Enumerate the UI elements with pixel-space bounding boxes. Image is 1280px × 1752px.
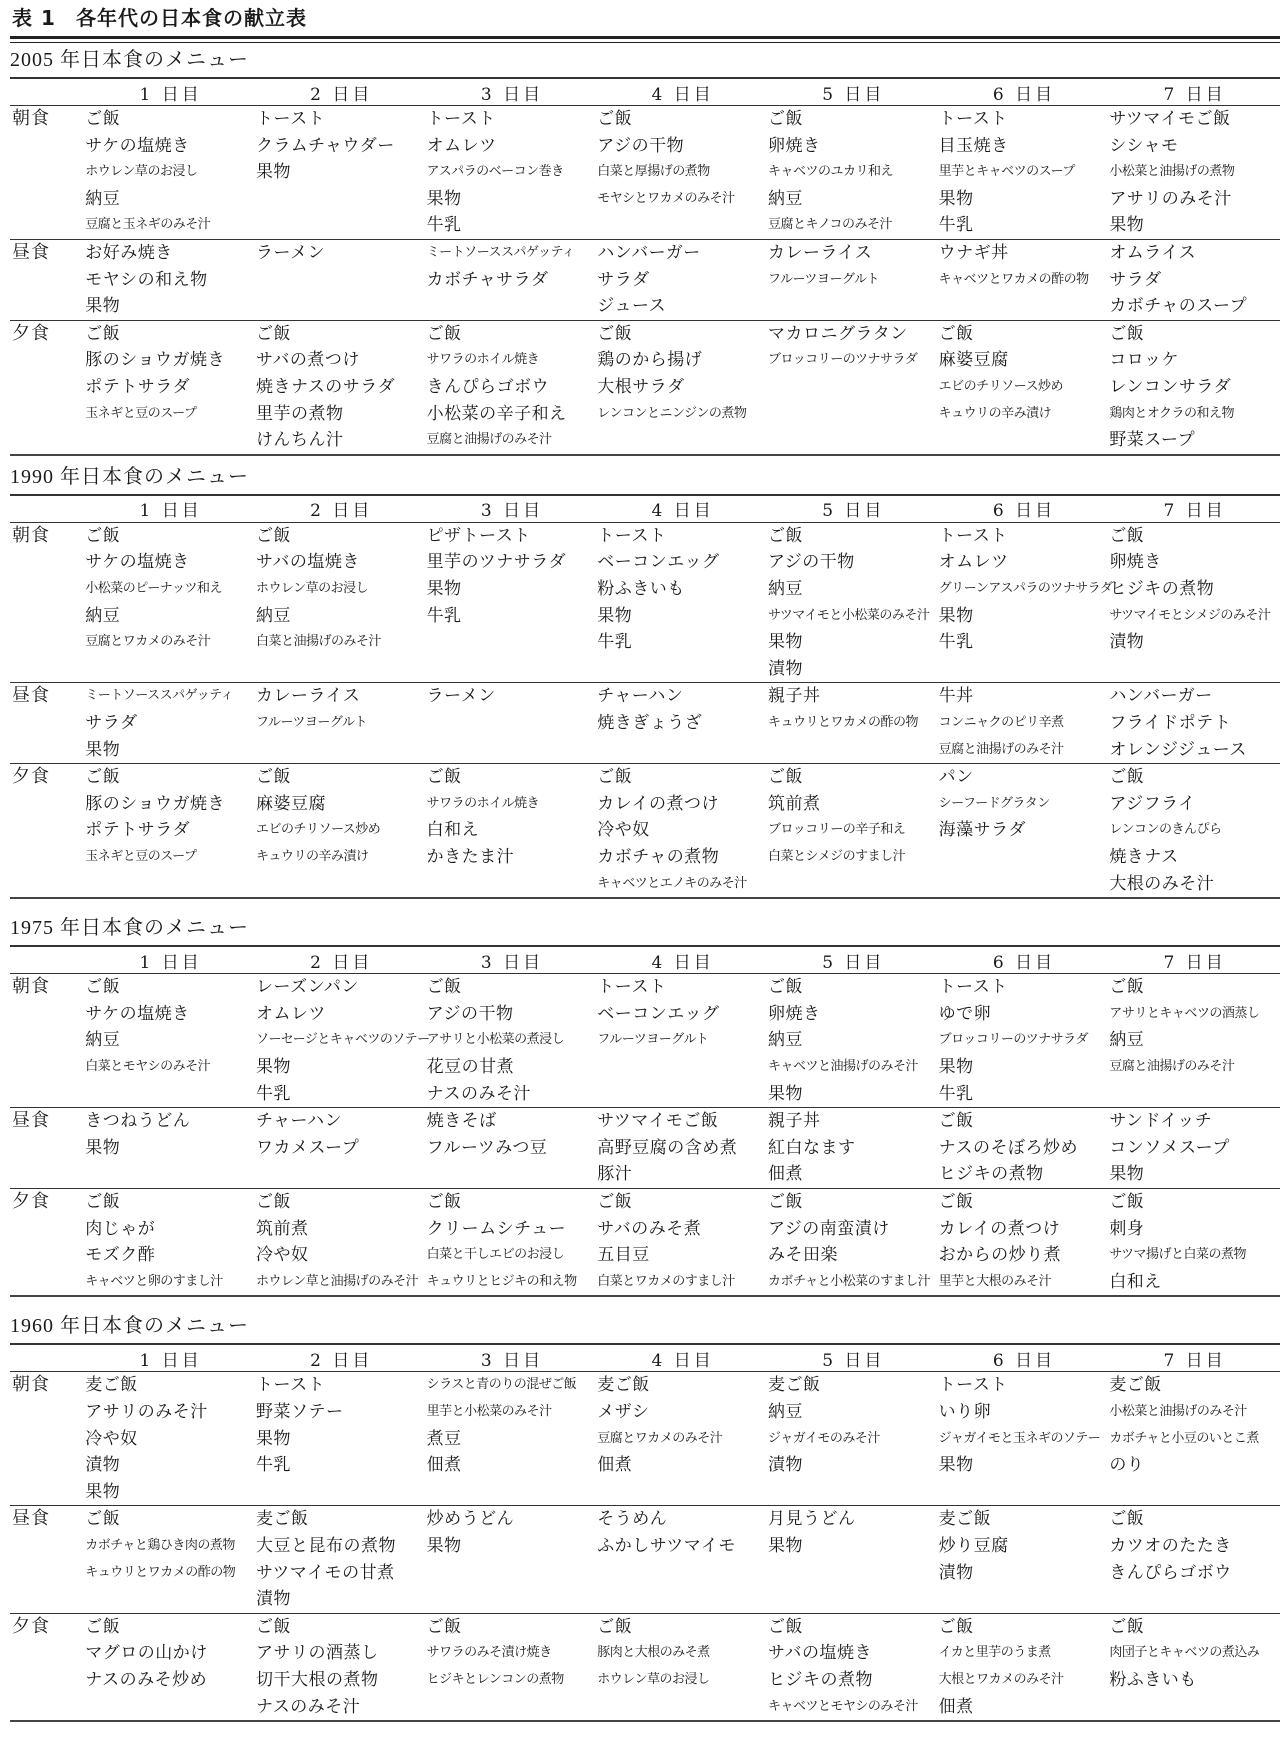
dish-list: ご飯アジの南蛮漬けみそ田楽カボチャと小松菜のすまし汁	[768, 1189, 939, 1295]
section-spacer	[10, 1297, 1280, 1309]
dish-item: ご飯	[256, 1189, 427, 1216]
dish-item: ナスのみそ炒め	[85, 1667, 256, 1694]
dish-item: 卵焼き	[768, 133, 939, 160]
menu-cell: 月見うどん果物	[768, 1506, 939, 1613]
dish-item: ご飯	[85, 523, 256, 550]
day-header-4: 4 日目	[597, 495, 768, 523]
dish-item: ヒジキの煮物	[1109, 576, 1280, 603]
dish-list: ご飯サバの煮つけ焼きナスのサラダ里芋の煮物けんちん汁	[256, 321, 427, 454]
dish-item: 煮豆	[427, 1426, 598, 1453]
menu-cell: ご飯サバの煮つけ焼きナスのサラダ里芋の煮物けんちん汁	[256, 320, 427, 455]
section-title: 1990 年日本食のメニュー	[10, 460, 1280, 494]
dish-item: サバのみそ煮	[597, 1216, 768, 1243]
dish-item: かきたま汁	[427, 844, 598, 871]
dish-item: ポテトサラダ	[85, 374, 256, 401]
dish-item: サンドイッチ	[1109, 1108, 1280, 1135]
dish-item: ご飯	[427, 321, 598, 348]
menu-cell: ご飯筑前煮ブロッコリーの辛子和え白菜とシメジのすまし汁	[768, 764, 939, 899]
dish-item: サラダ	[85, 710, 256, 737]
day-header-2: 2 日目	[256, 78, 427, 106]
dish-item: 冷や奴	[85, 1426, 256, 1453]
meal-row: 昼食ミートソーススパゲッティサラダ果物カレーライスフルーツヨーグルトラーメンチャ…	[10, 683, 1280, 764]
dish-item: ご飯	[939, 1189, 1110, 1216]
dish-item: 鶏のから揚げ	[597, 347, 768, 374]
menu-cell: ご飯アサリの酒蒸し切干大根の煮物ナスのみそ汁	[256, 1613, 427, 1721]
dish-list: ご飯サバの塩焼きホウレン草のお浸し納豆白菜と油揚げのみそ汁	[256, 523, 427, 656]
dish-item: サワラのホイル焼き	[427, 791, 598, 818]
dish-list: ご飯アジの干物白菜と厚揚げの煮物モヤシとワカメのみそ汁	[597, 106, 768, 212]
dish-item: モヤシの和え物	[85, 267, 256, 294]
menu-cell: ご飯イカと里芋のうま煮大根とワカメのみそ汁佃煮	[939, 1613, 1110, 1721]
dish-item: 漬物	[939, 1560, 1110, 1587]
meal-label: 昼食	[10, 1506, 85, 1613]
menu-cell: サツマイモご飯高野豆腐の含め煮豚汁	[597, 1108, 768, 1189]
menu-cell: ご飯肉団子とキャベツの煮込み粉ふきいも	[1109, 1613, 1280, 1721]
dish-item: ご飯	[597, 1614, 768, 1641]
dish-item: 果物	[85, 1479, 256, 1506]
dish-item: 牛乳	[939, 212, 1110, 239]
dish-item: 牛丼	[939, 683, 1110, 710]
menu-cell: 炒めうどん果物	[427, 1506, 598, 1613]
menu-cell: ご飯卵焼きキャベツのユカリ和え納豆豆腐とキノコのみそ汁	[768, 106, 939, 240]
dish-item: オムレツ	[256, 1001, 427, 1028]
dish-item: カレーライス	[256, 683, 427, 710]
dish-item: アジの干物	[597, 133, 768, 160]
day-header-3: 3 日目	[427, 946, 598, 974]
dish-item: 高野豆腐の含め煮	[597, 1135, 768, 1162]
dish-item: おからの炒り煮	[939, 1242, 1110, 1269]
menu-cell: ご飯マグロの山かけナスのみそ炒め	[85, 1613, 256, 1721]
menu-table-1960: 1 日目2 日目3 日目4 日目5 日目6 日目7 日目朝食麦ご飯アサリのみそ汁…	[10, 1343, 1280, 1722]
day-header-5: 5 日目	[768, 495, 939, 523]
menu-cell: ご飯麻婆豆腐エビのチリソース炒めキュウリの辛み漬け	[939, 320, 1110, 455]
section-2005: 2005 年日本食のメニュー1 日目2 日目3 日目4 日目5 日目6 日目7 …	[10, 43, 1280, 456]
dish-item: 果物	[939, 1054, 1110, 1081]
header-row: 1 日目2 日目3 日目4 日目5 日目6 日目7 日目	[10, 78, 1280, 106]
dish-item: 果物	[939, 603, 1110, 630]
menu-cell: ミートソーススパゲッティカボチャサラダ	[427, 240, 598, 321]
dish-item: そうめん	[597, 1506, 768, 1533]
section-title: 1960 年日本食のメニュー	[10, 1309, 1280, 1343]
menu-cell: ご飯サバのみそ煮五目豆白菜とワカメのすまし汁	[597, 1188, 768, 1296]
menu-cell: ご飯カボチャと鶏ひき肉の煮物キュウリとワカメの酢の物	[85, 1506, 256, 1613]
meal-label: 朝食	[10, 106, 85, 240]
dish-item: コンソメスープ	[1109, 1135, 1280, 1162]
dish-item: 海藻サラダ	[939, 817, 1110, 844]
dish-item: ご飯	[427, 974, 598, 1001]
dish-item: キャベツとエノキのみそ汁	[597, 871, 768, 898]
dish-item: ご飯	[768, 106, 939, 133]
menu-cell: 牛丼コンニャクのピリ辛煮豆腐と油揚げのみそ汁	[939, 683, 1110, 764]
section-title: 2005 年日本食のメニュー	[10, 43, 1280, 77]
dish-item: カボチャと小豆のいとこ煮	[1109, 1426, 1280, 1453]
menu-cell: ハンバーガーフライドポテトオレンジジュース	[1109, 683, 1280, 764]
menu-cell: ご飯サケの塩焼き小松菜のピーナッツ和え納豆豆腐とワカメのみそ汁	[85, 522, 256, 683]
dish-item: 炒めうどん	[427, 1506, 598, 1533]
day-header-5: 5 日目	[768, 1344, 939, 1372]
menu-cell: ご飯カレイの煮つけおからの炒り煮里芋と大根のみそ汁	[939, 1188, 1110, 1296]
dish-item: サバの塩焼き	[768, 1640, 939, 1667]
dish-item: トースト	[597, 974, 768, 1001]
dish-item: アジの干物	[768, 549, 939, 576]
menu-cell: トースト目玉焼き里芋とキャベツのスープ果物牛乳	[939, 106, 1110, 240]
day-header-6: 6 日目	[939, 495, 1110, 523]
menu-cell: 親子丼キュウリとワカメの酢の物	[768, 683, 939, 764]
dish-list: ご飯卵焼き納豆キャベツと油揚げのみそ汁果物	[768, 974, 939, 1107]
meal-row: 昼食お好み焼きモヤシの和え物果物ラーメンミートソーススパゲッティカボチャサラダハ…	[10, 240, 1280, 321]
dish-item: 五目豆	[597, 1242, 768, 1269]
dish-item: ヒジキとレンコンの煮物	[427, 1667, 598, 1694]
day-header-3: 3 日目	[427, 78, 598, 106]
day-header-2: 2 日目	[256, 495, 427, 523]
dish-list: サンドイッチコンソメスープ果物	[1109, 1108, 1280, 1188]
dish-list: ご飯刺身サツマ揚げと白菜の煮物白和え	[1109, 1189, 1280, 1295]
dish-item: ご飯	[1109, 1506, 1280, 1533]
dish-list: 月見うどん果物	[768, 1506, 939, 1559]
menu-cell: シラスと青のりの混ぜご飯里芋と小松菜のみそ汁煮豆佃煮	[427, 1372, 598, 1506]
dish-item: クラムチャウダー	[256, 133, 427, 160]
dish-item: 豆腐と油揚げのみそ汁	[1109, 1054, 1280, 1081]
dish-item: アサリのみそ汁	[85, 1399, 256, 1426]
menu-cell: トーストオムレツグリーンアスパラのツナサラダ果物牛乳	[939, 522, 1110, 683]
dish-item: ミートソーススパゲッティ	[427, 240, 598, 267]
dish-item: 焼きぎょうざ	[597, 710, 768, 737]
dish-item: ポテトサラダ	[85, 817, 256, 844]
dish-item: 焼きそば	[427, 1108, 598, 1135]
dish-item: ヒジキの煮物	[768, 1667, 939, 1694]
dish-list: ご飯サワラのホイル焼き白和えかきたま汁	[427, 764, 598, 870]
dish-item: 白菜と油揚げのみそ汁	[256, 629, 427, 656]
dish-item: ご飯	[1109, 764, 1280, 791]
dish-item: 麦ご飯	[85, 1372, 256, 1399]
dish-item: 果物	[1109, 1161, 1280, 1188]
dish-list: ご飯豚のショウガ焼きポテトサラダ玉ネギと豆のスープ	[85, 764, 256, 870]
meal-label: 夕食	[10, 1188, 85, 1296]
dish-list: ハンバーガーサラダジュース	[597, 240, 768, 320]
menu-cell: ご飯アジフライレンコンのきんぴら焼きナス大根のみそ汁	[1109, 764, 1280, 899]
dish-item: ナスのみそ汁	[256, 1694, 427, 1721]
dish-item: ご飯	[85, 106, 256, 133]
dish-item: ゆで卵	[939, 1001, 1110, 1028]
header-corner	[10, 1344, 85, 1372]
double-rule-divider	[10, 36, 1280, 43]
dish-item: ブロッコリーのツナサラダ	[939, 1027, 1110, 1054]
dish-list: ご飯コロッケレンコンサラダ鶏肉とオクラの和え物野菜スープ	[1109, 321, 1280, 454]
dish-item: マカロニグラタン	[768, 321, 939, 348]
dish-item: イカと里芋のうま煮	[939, 1640, 1110, 1667]
dish-item: 野菜スープ	[1109, 427, 1280, 454]
dish-item: ミートソーススパゲッティ	[85, 683, 256, 710]
dish-item: 粉ふきいも	[1109, 1667, 1280, 1694]
table-number: 表 1	[12, 0, 76, 36]
dish-item: クリームシチュー	[427, 1216, 598, 1243]
dish-item: フルーツみつ豆	[427, 1135, 598, 1162]
dish-list: サツマイモご飯シシャモ小松菜と油揚げの煮物アサリのみそ汁果物	[1109, 106, 1280, 239]
dish-item: 卵焼き	[1109, 549, 1280, 576]
dish-item: フルーツヨーグルト	[597, 1027, 768, 1054]
menu-cell: ご飯カツオのたたききんぴらゴボウ	[1109, 1506, 1280, 1613]
dish-list: チャーハン焼きぎょうざ	[597, 683, 768, 736]
dish-item: キュウリとワカメの酢の物	[768, 710, 939, 737]
dish-list: トーストクラムチャウダー果物	[256, 106, 427, 186]
dish-item: サツマイモと小松菜のみそ汁	[768, 603, 939, 630]
dish-item: キュウリの辛み漬け	[939, 401, 1110, 428]
menu-cell: そうめんふかしサツマイモ	[597, 1506, 768, 1613]
dish-item: パン	[939, 764, 1110, 791]
dish-item: 里芋とキャベツのスープ	[939, 159, 1110, 186]
dish-item: ご飯	[85, 1189, 256, 1216]
header-row: 1 日目2 日目3 日目4 日目5 日目6 日目7 日目	[10, 946, 1280, 974]
dish-list: ミートソーススパゲッティサラダ果物	[85, 683, 256, 763]
dish-item: サバの塩焼き	[256, 549, 427, 576]
dish-list: 麦ご飯小松菜と油揚げのみそ汁カボチャと小豆のいとこ煮のり	[1109, 1372, 1280, 1478]
menu-cell: ご飯サケの塩焼きホウレン草のお浸し納豆豆腐と玉ネギのみそ汁	[85, 106, 256, 240]
dish-item: 粉ふきいも	[597, 576, 768, 603]
menu-cell: お好み焼きモヤシの和え物果物	[85, 240, 256, 321]
dish-item: 果物	[768, 629, 939, 656]
menu-cell: ご飯豚肉と大根のみそ煮ホウレン草のお浸し	[597, 1613, 768, 1721]
day-header-1: 1 日目	[85, 495, 256, 523]
dish-list: チャーハンワカメスープ	[256, 1108, 427, 1161]
meal-label: 朝食	[10, 522, 85, 683]
dish-item: 果物	[85, 737, 256, 764]
dish-item: ピザトースト	[427, 523, 598, 550]
menu-cell: ミートソーススパゲッティサラダ果物	[85, 683, 256, 764]
meal-row: 朝食ご飯サケの塩焼きホウレン草のお浸し納豆豆腐と玉ネギのみそ汁トーストクラムチャ…	[10, 106, 1280, 240]
menu-cell: ご飯サバの塩焼きヒジキの煮物キャベツとモヤシのみそ汁	[768, 1613, 939, 1721]
dish-item: カツオのたたき	[1109, 1533, 1280, 1560]
dish-item: 花豆の甘煮	[427, 1054, 598, 1081]
dish-list: ご飯サケの塩焼き小松菜のピーナッツ和え納豆豆腐とワカメのみそ汁	[85, 523, 256, 656]
dish-item: ホウレン草のお浸し	[85, 159, 256, 186]
table-title: 各年代の日本食の献立表	[76, 6, 307, 30]
dish-item: サツマ揚げと白菜の煮物	[1109, 1242, 1280, 1269]
dish-list: トースト目玉焼き里芋とキャベツのスープ果物牛乳	[939, 106, 1110, 239]
dish-item: ご飯	[256, 764, 427, 791]
menu-cell: ご飯コロッケレンコンサラダ鶏肉とオクラの和え物野菜スープ	[1109, 320, 1280, 455]
menu-table-1990: 1 日目2 日目3 日目4 日目5 日目6 日目7 日目朝食ご飯サケの塩焼き小松…	[10, 494, 1280, 899]
dish-item: レンコンサラダ	[1109, 374, 1280, 401]
dish-item: 果物	[768, 1081, 939, 1108]
dish-item: 麻婆豆腐	[939, 347, 1110, 374]
dish-item: ジャガイモのみそ汁	[768, 1426, 939, 1453]
dish-item: ご飯	[85, 1506, 256, 1533]
dish-item: 白和え	[427, 817, 598, 844]
dish-item: アジフライ	[1109, 791, 1280, 818]
dish-item: きつねうどん	[85, 1108, 256, 1135]
day-header-6: 6 日目	[939, 1344, 1110, 1372]
dish-list: 麦ご飯メザシ豆腐とワカメのみそ汁佃煮	[597, 1372, 768, 1478]
dish-item: ご飯	[1109, 321, 1280, 348]
menu-cell: ご飯サワラのみそ漬け焼きヒジキとレンコンの煮物	[427, 1613, 598, 1721]
dish-item: 鶏肉とオクラの和え物	[1109, 401, 1280, 428]
dish-item: 筑前煮	[768, 791, 939, 818]
dish-list: ラーメン	[256, 240, 427, 267]
dish-list: トーストいり卵ジャガイモと玉ネギのソテー果物	[939, 1372, 1110, 1478]
dish-item: ご飯	[1109, 1189, 1280, 1216]
dish-item: 大根サラダ	[597, 374, 768, 401]
dish-item: 果物	[256, 159, 427, 186]
dish-item: アサリの酒蒸し	[256, 1640, 427, 1667]
meal-label: 夕食	[10, 1613, 85, 1721]
dish-list: ご飯アサリの酒蒸し切干大根の煮物ナスのみそ汁	[256, 1614, 427, 1720]
menu-cell: マカロニグラタンブロッコリーのツナサラダ	[768, 320, 939, 455]
dish-item: きんぴらゴボウ	[1109, 1560, 1280, 1587]
dish-item: 切干大根の煮物	[256, 1667, 427, 1694]
dish-item: 果物	[427, 186, 598, 213]
dish-item: オムレツ	[427, 133, 598, 160]
dish-list: ご飯イカと里芋のうま煮大根とワカメのみそ汁佃煮	[939, 1614, 1110, 1720]
menu-cell: 麦ご飯炒り豆腐漬物	[939, 1506, 1110, 1613]
dish-item: 白菜とワカメのすまし汁	[597, 1269, 768, 1296]
menu-cell: チャーハン焼きぎょうざ	[597, 683, 768, 764]
menu-cell: ご飯鶏のから揚げ大根サラダレンコンとニンジンの煮物	[597, 320, 768, 455]
dish-list: ご飯麻婆豆腐エビのチリソース炒めキュウリの辛み漬け	[939, 321, 1110, 427]
menu-cell: カレーライスフルーツヨーグルト	[768, 240, 939, 321]
dish-item: コロッケ	[1109, 347, 1280, 374]
dish-item: 刺身	[1109, 1216, 1280, 1243]
dish-item: ウナギ丼	[939, 240, 1110, 267]
dish-item: 麦ご飯	[597, 1372, 768, 1399]
dish-list: マカロニグラタンブロッコリーのツナサラダ	[768, 321, 939, 374]
dish-item: カレイの煮つけ	[939, 1216, 1110, 1243]
dish-item: カレーライス	[768, 240, 939, 267]
dish-item: 豆腐と油揚げのみそ汁	[427, 427, 598, 454]
dish-item: サバの煮つけ	[256, 347, 427, 374]
dish-item: ラーメン	[256, 240, 427, 267]
dish-list: ご飯アジの干物納豆サツマイモと小松菜のみそ汁果物漬物	[768, 523, 939, 683]
header-corner	[10, 946, 85, 974]
dish-item: 麦ご飯	[1109, 1372, 1280, 1399]
menu-cell: トーストゆで卵ブロッコリーのツナサラダ果物牛乳	[939, 974, 1110, 1108]
section-1990: 1990 年日本食のメニュー1 日目2 日目3 日目4 日目5 日目6 日目7 …	[10, 456, 1280, 899]
menu-cell: ご飯肉じゃがモズク酢キャベツと卵のすまし汁	[85, 1188, 256, 1296]
dish-item: 佃煮	[768, 1161, 939, 1188]
day-header-7: 7 日目	[1109, 1344, 1280, 1372]
dish-item: モズク酢	[85, 1242, 256, 1269]
menu-cell: 麦ご飯メザシ豆腐とワカメのみそ汁佃煮	[597, 1372, 768, 1506]
dish-item: サケの塩焼き	[85, 1001, 256, 1028]
dish-item: ベーコンエッグ	[597, 549, 768, 576]
dish-item: 玉ネギと豆のスープ	[85, 844, 256, 871]
dish-item: 筑前煮	[256, 1216, 427, 1243]
dish-list: サツマイモご飯高野豆腐の含め煮豚汁	[597, 1108, 768, 1188]
dish-item: 果物	[939, 1452, 1110, 1479]
dish-list: ご飯麻婆豆腐エビのチリソース炒めキュウリの辛み漬け	[256, 764, 427, 870]
dish-item: 牛乳	[939, 629, 1110, 656]
dish-item: フライドポテト	[1109, 710, 1280, 737]
dish-item: レンコンのきんぴら	[1109, 817, 1280, 844]
menu-cell: ご飯筑前煮冷や奴ホウレン草と油揚げのみそ汁	[256, 1188, 427, 1296]
dish-list: トーストオムレツアスパラのベーコン巻き果物牛乳	[427, 106, 598, 239]
day-header-4: 4 日目	[597, 1344, 768, 1372]
menu-cell: ご飯クリームシチュー白菜と干しエビのお浸しキュウリとヒジキの和え物	[427, 1188, 598, 1296]
dish-item: ふかしサツマイモ	[597, 1533, 768, 1560]
dish-item: ご飯	[1109, 1614, 1280, 1641]
sections-container: 2005 年日本食のメニュー1 日目2 日目3 日目4 日目5 日目6 日目7 …	[10, 43, 1280, 1722]
menu-cell: ウナギ丼キャベツとワカメの酢の物	[939, 240, 1110, 321]
menu-cell: ご飯ナスのそぼろ炒めヒジキの煮物	[939, 1108, 1110, 1189]
dish-item: 牛乳	[939, 1081, 1110, 1108]
menu-cell: ご飯サバの塩焼きホウレン草のお浸し納豆白菜と油揚げのみそ汁	[256, 522, 427, 683]
dish-list: ご飯サワラのみそ漬け焼きヒジキとレンコンの煮物	[427, 1614, 598, 1694]
dish-list: 麦ご飯アサリのみそ汁冷や奴漬物果物	[85, 1372, 256, 1505]
dish-item: ベーコンエッグ	[597, 1001, 768, 1028]
dish-item: ナスのみそ汁	[427, 1081, 598, 1108]
menu-cell: オムライスサラダカボチャのスープ	[1109, 240, 1280, 321]
dish-item: ジュース	[597, 293, 768, 320]
dish-item: 佃煮	[597, 1452, 768, 1479]
dish-item: 小松菜と油揚げの煮物	[1109, 159, 1280, 186]
menu-cell: パンシーフードグラタン海藻サラダ	[939, 764, 1110, 899]
dish-item: ご飯	[597, 1189, 768, 1216]
dish-item: 小松菜の辛子和え	[427, 401, 598, 428]
dish-item: ご飯	[427, 764, 598, 791]
dish-list: ご飯アサリとキャベツの酒蒸し納豆豆腐と油揚げのみそ汁	[1109, 974, 1280, 1080]
meal-label: 夕食	[10, 320, 85, 455]
menu-cell: ご飯サワラのホイル焼き白和えかきたま汁	[427, 764, 598, 899]
menu-cell: 焼きそばフルーツみつ豆	[427, 1108, 598, 1189]
dish-item: 白菜とモヤシのみそ汁	[85, 1054, 256, 1081]
dish-item: オレンジジュース	[1109, 737, 1280, 764]
menu-cell: 麦ご飯納豆ジャガイモのみそ汁漬物	[768, 1372, 939, 1506]
dish-list: ご飯筑前煮冷や奴ホウレン草と油揚げのみそ汁	[256, 1189, 427, 1295]
dish-item: ご飯	[427, 1614, 598, 1641]
day-header-7: 7 日目	[1109, 78, 1280, 106]
dish-item: 漬物	[768, 656, 939, 683]
menu-cell: ご飯カレイの煮つけ冷や奴カボチャの煮物キャベツとエノキのみそ汁	[597, 764, 768, 899]
day-header-2: 2 日目	[256, 946, 427, 974]
menu-cell: ご飯アジの干物アサリと小松菜の煮浸し花豆の甘煮ナスのみそ汁	[427, 974, 598, 1108]
menu-cell: トーストいり卵ジャガイモと玉ネギのソテー果物	[939, 1372, 1110, 1506]
header-corner	[10, 78, 85, 106]
menu-cell: ご飯アジの南蛮漬けみそ田楽カボチャと小松菜のすまし汁	[768, 1188, 939, 1296]
dish-item: ご飯	[768, 1614, 939, 1641]
dish-item: 佃煮	[939, 1694, 1110, 1721]
dish-list: ご飯豚のショウガ焼きポテトサラダ玉ネギと豆のスープ	[85, 321, 256, 427]
menu-cell: サツマイモご飯シシャモ小松菜と油揚げの煮物アサリのみそ汁果物	[1109, 106, 1280, 240]
menu-cell: ご飯卵焼き納豆キャベツと油揚げのみそ汁果物	[768, 974, 939, 1108]
dish-item: 納豆	[85, 186, 256, 213]
dish-item: ご飯	[597, 321, 768, 348]
menu-cell: ご飯アジの干物納豆サツマイモと小松菜のみそ汁果物漬物	[768, 522, 939, 683]
dish-item: 里芋と小松菜のみそ汁	[427, 1399, 598, 1426]
dish-list: 親子丼キュウリとワカメの酢の物	[768, 683, 939, 736]
dish-item: キュウリとヒジキの和え物	[427, 1269, 598, 1296]
dish-item: サケの塩焼き	[85, 133, 256, 160]
dish-item: コンニャクのピリ辛煮	[939, 710, 1110, 737]
header-row: 1 日目2 日目3 日目4 日目5 日目6 日目7 日目	[10, 495, 1280, 523]
dish-list: ご飯肉じゃがモズク酢キャベツと卵のすまし汁	[85, 1189, 256, 1295]
dish-item: ヒジキの煮物	[939, 1161, 1110, 1188]
dish-item: ご飯	[597, 106, 768, 133]
dish-list: パンシーフードグラタン海藻サラダ	[939, 764, 1110, 844]
dish-list: トーストオムレツグリーンアスパラのツナサラダ果物牛乳	[939, 523, 1110, 656]
dish-list: ご飯カレイの煮つけ冷や奴カボチャの煮物キャベツとエノキのみそ汁	[597, 764, 768, 897]
meal-row: 朝食ご飯サケの塩焼き納豆白菜とモヤシのみそ汁レーズンパンオムレツソーセージとキャ…	[10, 974, 1280, 1108]
dish-item: 白菜とシメジのすまし汁	[768, 844, 939, 871]
dish-item: 果物	[427, 1533, 598, 1560]
dish-list: ラーメン	[427, 683, 598, 710]
meal-label: 昼食	[10, 683, 85, 764]
dish-list: トーストベーコンエッグ粉ふきいも果物牛乳	[597, 523, 768, 656]
dish-item: 納豆	[85, 603, 256, 630]
dish-list: ご飯カレイの煮つけおからの炒り煮里芋と大根のみそ汁	[939, 1189, 1110, 1295]
dish-list: ご飯肉団子とキャベツの煮込み粉ふきいも	[1109, 1614, 1280, 1694]
dish-item: ホウレン草のお浸し	[256, 576, 427, 603]
dish-item: 果物	[256, 1426, 427, 1453]
dish-item: 牛乳	[256, 1081, 427, 1108]
